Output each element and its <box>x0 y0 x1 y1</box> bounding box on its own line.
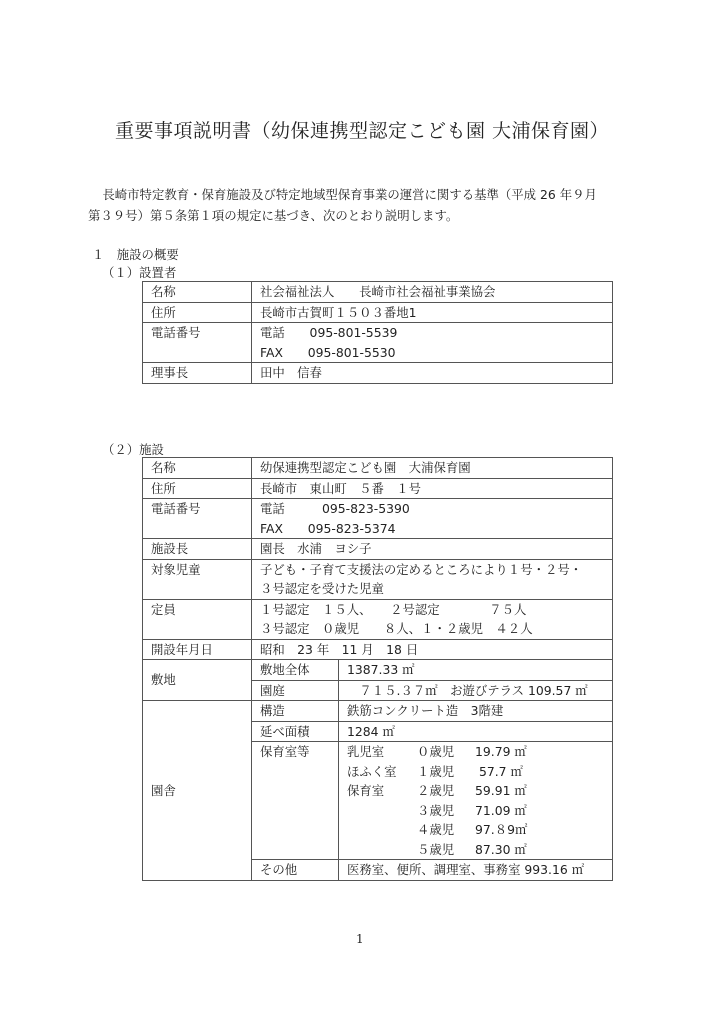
row-label: 住所 <box>143 302 252 323</box>
room-age: １歳児 <box>417 762 475 782</box>
sub-label: 園庭 <box>252 680 339 701</box>
room-area: 57.7 ㎡ <box>475 762 527 782</box>
row-label: 名称 <box>143 458 252 479</box>
table-row: 施設長 園長 水浦 ヨシ子 <box>143 539 613 560</box>
sub-value: 医務室、便所、調理室、事務室 993.16 ㎡ <box>339 860 613 881</box>
row-label: 住所 <box>143 478 252 499</box>
table-row: 園舎 構造 鉄筋コンクリート造 3階建 <box>143 701 613 722</box>
row-label: 定員 <box>143 599 252 639</box>
room-row: ３歳児71.09 ㎡ <box>339 801 527 821</box>
target-line-2: ３号認定を受けた児童 <box>260 579 612 599</box>
sub-value: 1284 ㎡ <box>339 721 613 742</box>
sub-label: 保育室等 <box>252 742 339 860</box>
room-name: 乳児室 <box>339 742 417 762</box>
room-name <box>339 840 417 860</box>
rooms-table: 乳児室０歳児19.79 ㎡ ほふく室１歳児 57.7 ㎡ 保育室２歳児59.91… <box>339 742 527 859</box>
table-row: 理事長 田中 信春 <box>143 363 613 384</box>
table-row: 名称 幼保連携型認定こども園 大浦保育園 <box>143 458 613 479</box>
room-name <box>339 801 417 821</box>
room-age: ５歳児 <box>417 840 475 860</box>
intro-line-1: 長崎市特定教育・保育施設及び特定地域型保育事業の運営に関する基準（平成 26 年… <box>90 184 650 205</box>
table-row: 電話番号 電話 095-801-5539 FAX 095-801-5530 <box>143 323 613 363</box>
table-row: 敷地 敷地全体 1387.33 ㎡ <box>143 660 613 681</box>
target-line-1: 子ども・子育て支援法の定めるところにより１号・２号・ <box>260 560 612 580</box>
row-value: 田中 信春 <box>252 363 613 384</box>
capacity-line-2: ３号認定 ０歳児 ８人、１・２歳児 ４２人 <box>260 619 612 639</box>
room-area: 19.79 ㎡ <box>475 742 527 762</box>
row-value: 長崎市古賀町１５０３番地1 <box>252 302 613 323</box>
row-label: 園舎 <box>143 701 252 881</box>
sub-value: ７１５.３７㎡ お遊びテラス 109.57 ㎡ <box>339 680 613 701</box>
row-value: 子ども・子育て支援法の定めるところにより１号・２号・ ３号認定を受けた児童 <box>252 559 613 599</box>
document-title: 重要事項説明書（幼保連携型認定こども園 大浦保育園） <box>0 116 724 143</box>
sub-label: 延べ面積 <box>252 721 339 742</box>
room-row: ４歳児97.８9㎡ <box>339 820 527 840</box>
table-row: 定員 １号認定 １５人、 ２号認定 ７５人 ３号認定 ０歳児 ８人、１・２歳児 … <box>143 599 613 639</box>
table-row: 住所 長崎市 東山町 ５番 １号 <box>143 478 613 499</box>
row-value: １号認定 １５人、 ２号認定 ７５人 ３号認定 ０歳児 ８人、１・２歳児 ４２人 <box>252 599 613 639</box>
row-label: 名称 <box>143 282 252 303</box>
room-row: 保育室２歳児59.91 ㎡ <box>339 781 527 801</box>
row-value: 電話 095-823-5390 FAX 095-823-5374 <box>252 499 613 539</box>
row-label: 電話番号 <box>143 499 252 539</box>
rooms-list: 乳児室０歳児19.79 ㎡ ほふく室１歳児 57.7 ㎡ 保育室２歳児59.91… <box>339 742 613 860</box>
sub-value: 鉄筋コンクリート造 3階建 <box>339 701 613 722</box>
sub-label: その他 <box>252 860 339 881</box>
row-label: 電話番号 <box>143 323 252 363</box>
row-value: 社会福祉法人 長崎市社会福祉事業協会 <box>252 282 613 303</box>
room-age: ４歳児 <box>417 820 475 840</box>
room-name: ほふく室 <box>339 762 417 782</box>
table-row: 対象児童 子ども・子育て支援法の定めるところにより１号・２号・ ３号認定を受けた… <box>143 559 613 599</box>
subsection-heading-founder: （１）設置者 <box>102 263 176 281</box>
sub-label: 構造 <box>252 701 339 722</box>
fax-value: FAX 095-801-5530 <box>260 343 612 363</box>
row-label: 理事長 <box>143 363 252 384</box>
row-value: 園長 水浦 ヨシ子 <box>252 539 613 560</box>
room-name <box>339 820 417 840</box>
room-row: ほふく室１歳児 57.7 ㎡ <box>339 762 527 782</box>
sub-label: 敷地全体 <box>252 660 339 681</box>
section-heading: １ 施設の概要 <box>92 245 179 263</box>
table-row: 電話番号 電話 095-823-5390 FAX 095-823-5374 <box>143 499 613 539</box>
phone-value: 電話 095-801-5539 <box>260 323 612 343</box>
room-row: ５歳児87.30 ㎡ <box>339 840 527 860</box>
room-area: 59.91 ㎡ <box>475 781 527 801</box>
table-row: 開設年月日 昭和 23 年 11 月 18 日 <box>143 639 613 660</box>
row-value: 長崎市 東山町 ５番 １号 <box>252 478 613 499</box>
row-value: 昭和 23 年 11 月 18 日 <box>252 639 613 660</box>
intro-paragraph: 長崎市特定教育・保育施設及び特定地域型保育事業の運営に関する基準（平成 26 年… <box>90 184 650 226</box>
fax-value: FAX 095-823-5374 <box>260 519 612 539</box>
table-row: 名称 社会福祉法人 長崎市社会福祉事業協会 <box>143 282 613 303</box>
row-value: 電話 095-801-5539 FAX 095-801-5530 <box>252 323 613 363</box>
row-label: 対象児童 <box>143 559 252 599</box>
page-number: 1 <box>356 932 364 946</box>
row-value: 幼保連携型認定こども園 大浦保育園 <box>252 458 613 479</box>
room-area: 71.09 ㎡ <box>475 801 527 821</box>
sub-value: 1387.33 ㎡ <box>339 660 613 681</box>
row-label: 開設年月日 <box>143 639 252 660</box>
row-label: 施設長 <box>143 539 252 560</box>
room-age: ２歳児 <box>417 781 475 801</box>
subsection-heading-facility: （２）施設 <box>102 440 164 458</box>
room-area: 87.30 ㎡ <box>475 840 527 860</box>
room-area: 97.８9㎡ <box>475 820 527 840</box>
table-row: 住所 長崎市古賀町１５０３番地1 <box>143 302 613 323</box>
room-name: 保育室 <box>339 781 417 801</box>
row-label: 敷地 <box>143 660 252 701</box>
room-row: 乳児室０歳児19.79 ㎡ <box>339 742 527 762</box>
room-age: ３歳児 <box>417 801 475 821</box>
phone-value: 電話 095-823-5390 <box>260 499 612 519</box>
founder-table: 名称 社会福祉法人 長崎市社会福祉事業協会 住所 長崎市古賀町１５０３番地1 電… <box>142 281 613 384</box>
capacity-line-1: １号認定 １５人、 ２号認定 ７５人 <box>260 600 612 620</box>
facility-table: 名称 幼保連携型認定こども園 大浦保育園 住所 長崎市 東山町 ５番 １号 電話… <box>142 457 613 881</box>
intro-line-2: 第３９号）第５条第１項の規定に基づき、次のとおり説明します。 <box>88 205 650 226</box>
room-age: ０歳児 <box>417 742 475 762</box>
